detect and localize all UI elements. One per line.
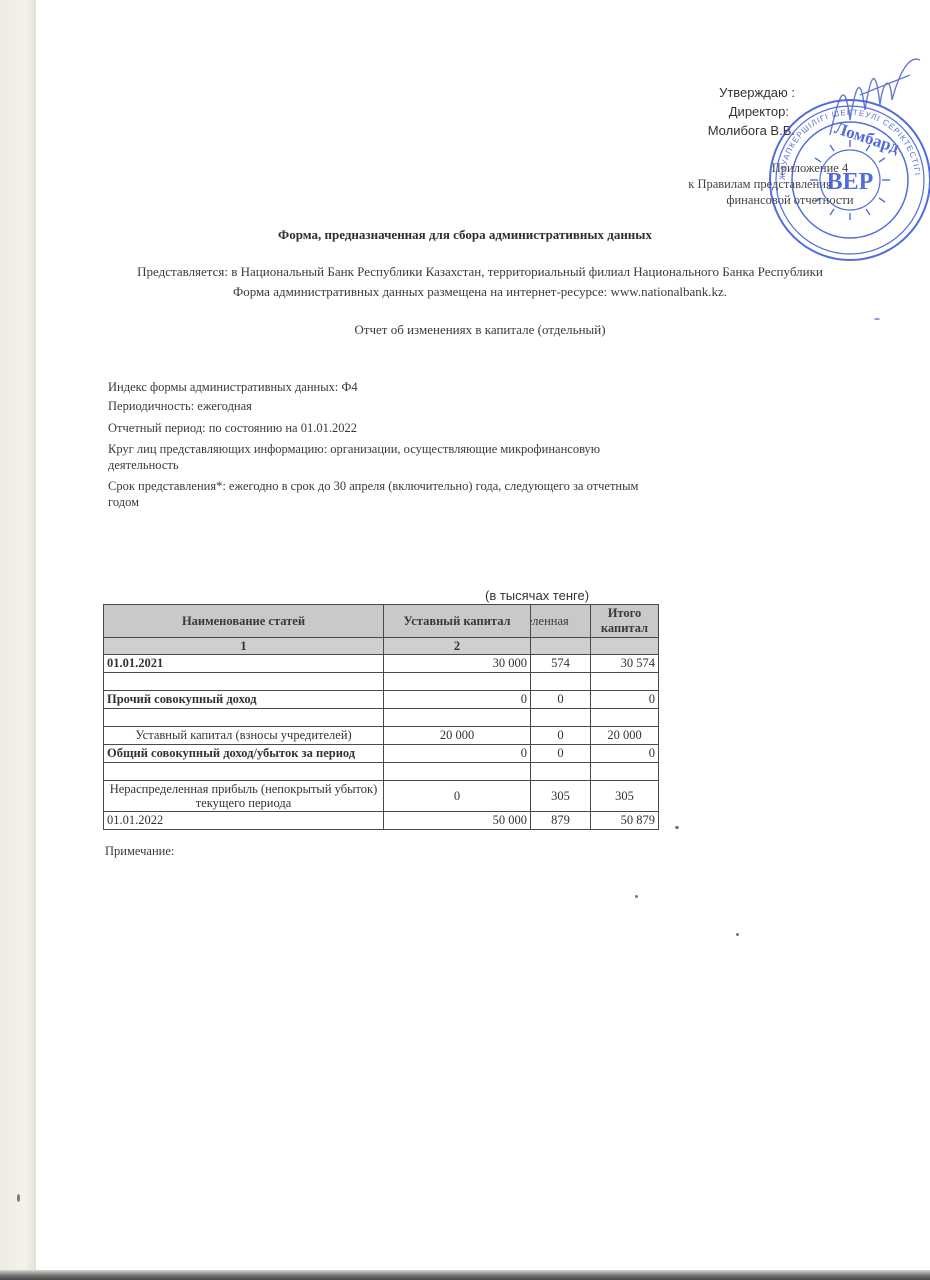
row-label: 01.01.2022 xyxy=(104,812,384,830)
share-capital-value: 30 000 xyxy=(384,655,531,673)
reporting-period: Отчетный период: по состоянию на 01.01.2… xyxy=(108,420,668,436)
scan-edge-bottom xyxy=(0,1270,930,1280)
retained-earnings-value: 879 xyxy=(531,812,591,830)
share-capital-value xyxy=(384,673,531,691)
equity-changes-table: Наименование статей Уставный капитал еде… xyxy=(103,604,659,830)
table-row xyxy=(104,673,659,691)
header-retained-earnings: еделенная xyxy=(531,605,591,638)
column-number: 1 xyxy=(104,638,384,655)
row-label: Прочий совокупный доход xyxy=(104,691,384,709)
share-capital-value: 50 000 xyxy=(384,812,531,830)
periodicity: Периодичность: ежегодная xyxy=(108,398,668,414)
column-number xyxy=(591,638,659,655)
scan-speck xyxy=(736,933,739,936)
table-row xyxy=(104,709,659,727)
total-capital-value xyxy=(591,763,659,781)
table-header-row: Наименование статей Уставный капитал еде… xyxy=(104,605,659,638)
retained-earnings-value: 574 xyxy=(531,655,591,673)
table-row: Общий совокупный доход/убыток за период0… xyxy=(104,745,659,763)
retained-earnings-value xyxy=(531,673,591,691)
table-row: 01.01.202250 00087950 879 xyxy=(104,812,659,830)
row-label xyxy=(104,763,384,781)
row-label: Уставный капитал (взносы учредителей) xyxy=(104,727,384,745)
form-title: Форма, предназначенная для сбора админис… xyxy=(0,227,930,243)
retained-earnings-value xyxy=(531,763,591,781)
respondents: Круг лиц представляющих информацию: орга… xyxy=(108,441,668,473)
retained-earnings-value xyxy=(531,709,591,727)
retained-earnings-value: 305 xyxy=(531,781,591,812)
row-label: 01.01.2021 xyxy=(104,655,384,673)
presented-to: Представляется: в Национальный Банк Респ… xyxy=(0,262,930,302)
header-share-capital: Уставный капитал xyxy=(384,605,531,638)
column-number-row: 1 2 xyxy=(104,638,659,655)
scan-speck xyxy=(675,826,679,829)
total-capital-value: 30 574 xyxy=(591,655,659,673)
report-title: Отчет об изменениях в капитале (отдельны… xyxy=(0,322,930,338)
row-label: Нераспределенная прибыль (непокрытый убы… xyxy=(104,781,384,812)
header-item-name: Наименование статей xyxy=(104,605,384,638)
scan-speck xyxy=(17,1194,20,1202)
total-capital-value: 50 879 xyxy=(591,812,659,830)
column-number: 2 xyxy=(384,638,531,655)
row-label: Общий совокупный доход/убыток за период xyxy=(104,745,384,763)
presented-line2: Форма административных данных размещена … xyxy=(0,282,930,302)
retained-earnings-value: 0 xyxy=(531,691,591,709)
note-label: Примечание: xyxy=(105,844,174,859)
table-row: 01.01.202130 00057430 574 xyxy=(104,655,659,673)
signature-icon xyxy=(820,50,930,140)
total-capital-value: 0 xyxy=(591,691,659,709)
row-label xyxy=(104,709,384,727)
share-capital-value: 20 000 xyxy=(384,727,531,745)
units-label: (в тысячах тенге) xyxy=(485,588,589,603)
total-capital-value xyxy=(591,709,659,727)
header-total-capital: Итого капитал xyxy=(591,605,659,638)
retained-earnings-value: 0 xyxy=(531,727,591,745)
total-capital-value xyxy=(591,673,659,691)
column-number xyxy=(531,638,591,655)
row-label xyxy=(104,673,384,691)
share-capital-value xyxy=(384,709,531,727)
total-capital-value: 0 xyxy=(591,745,659,763)
form-index: Индекс формы административных данных: Ф4 xyxy=(108,379,668,395)
table-row: Нераспределенная прибыль (непокрытый убы… xyxy=(104,781,659,812)
table-row: Прочий совокупный доход000 xyxy=(104,691,659,709)
retained-earnings-value: 0 xyxy=(531,745,591,763)
total-capital-value: 305 xyxy=(591,781,659,812)
total-capital-value: 20 000 xyxy=(591,727,659,745)
scan-speck xyxy=(874,318,880,320)
table-row: Уставный капитал (взносы учредителей)20 … xyxy=(104,727,659,745)
svg-text:ВЕР: ВЕР xyxy=(827,169,874,195)
scan-speck xyxy=(635,895,638,898)
presented-line1: Представляется: в Национальный Банк Респ… xyxy=(0,262,930,282)
scan-edge-left xyxy=(0,0,36,1270)
share-capital-value: 0 xyxy=(384,745,531,763)
share-capital-value: 0 xyxy=(384,691,531,709)
submission-deadline: Срок представления*: ежегодно в срок до … xyxy=(108,478,668,510)
share-capital-value: 0 xyxy=(384,781,531,812)
table-row xyxy=(104,763,659,781)
share-capital-value xyxy=(384,763,531,781)
